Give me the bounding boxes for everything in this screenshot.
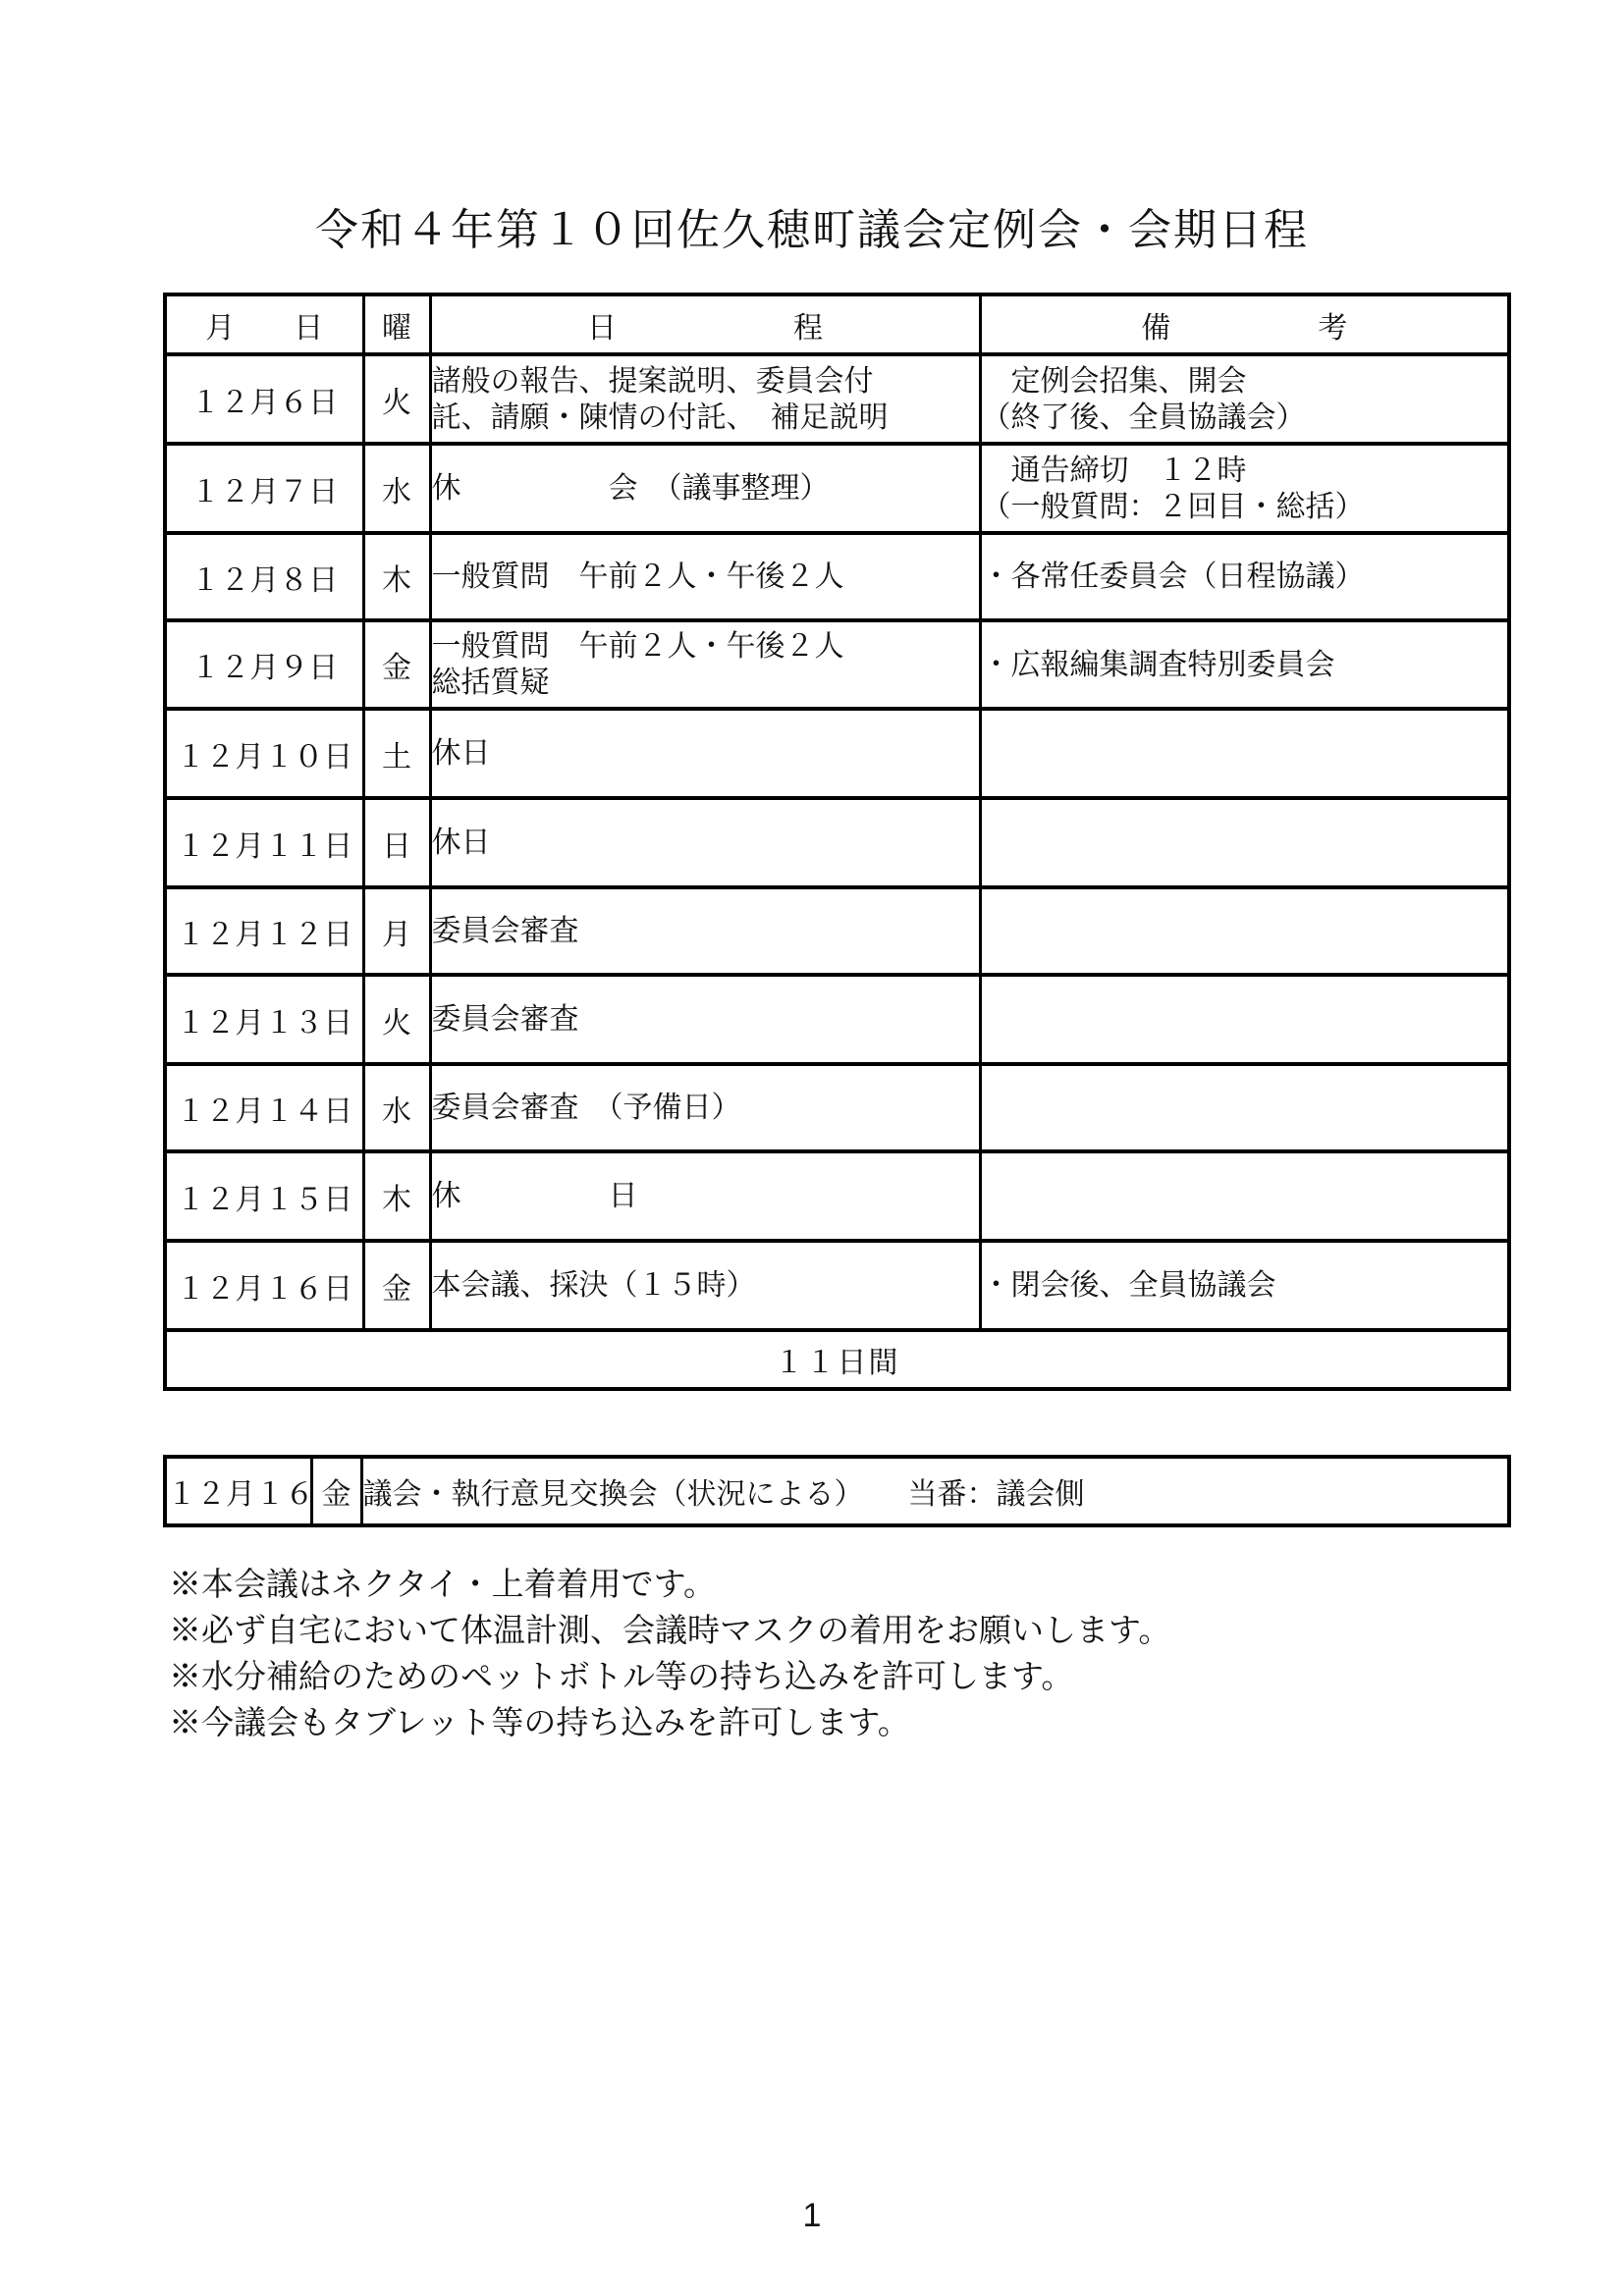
remarks-cell [980, 798, 1509, 887]
weekday-cell: 日 [363, 798, 430, 887]
date-cell: １２月６日 [165, 354, 363, 444]
table-row: １２月１５日 木 休 日 [165, 1151, 1509, 1241]
header-cell-agenda: 日 程 [430, 294, 980, 354]
weekday-cell: 金 [311, 1457, 361, 1525]
weekday-cell: 土 [363, 709, 430, 798]
duration-cell: １１日間 [165, 1330, 1509, 1389]
note-line: ※水分補給のためのペットボトル等の持ち込みを許可します。 [169, 1661, 1465, 1694]
page-number: 1 [0, 2197, 1624, 2235]
agenda-cell: 委員会審査 （予備日） [430, 1064, 980, 1151]
notes-block: ※本会議はネクタイ・上着着用です。 ※必ず自宅において体温計測、会議時マスクの着… [169, 1569, 1465, 1753]
table-row: １２月１６日 金 本会議、採決（１５時） ・閉会後、全員協議会 [165, 1241, 1509, 1330]
date-cell: １２月１６日 [165, 1241, 363, 1330]
exchange-row: １２月１６日 金 議会・執行意見交換会（状況による） 当番：議会側 [165, 1457, 1509, 1525]
agenda-cell: 休日 [430, 709, 980, 798]
schedule-header-row: 月 日 曜 日 程 備 考 [165, 294, 1509, 354]
remarks-cell: 通告締切 １２時 （一般質問：２回目・総括） [980, 444, 1509, 533]
schedule-table: 月 日 曜 日 程 備 考 １２月６日 火 諸般の報告、提案説明、委員会付 託、… [163, 293, 1511, 1391]
table-row: １２月７日 水 休 会 （議事整理） 通告締切 １２時 （一般質問：２回目・総括… [165, 444, 1509, 533]
weekday-cell: 水 [363, 444, 430, 533]
remarks-cell [980, 1151, 1509, 1241]
date-cell: １２月７日 [165, 444, 363, 533]
header-cell-date: 月 日 [165, 294, 363, 354]
weekday-cell: 月 [363, 887, 430, 975]
agenda-cell: 休 日 [430, 1151, 980, 1241]
remarks-cell [980, 975, 1509, 1064]
note-line: ※必ず自宅において体温計測、会議時マスクの着用をお願いします。 [169, 1615, 1465, 1648]
weekday-cell: 火 [363, 975, 430, 1064]
table-row: １２月１２日 月 委員会審査 [165, 887, 1509, 975]
date-cell: １２月１０日 [165, 709, 363, 798]
weekday-cell: 水 [363, 1064, 430, 1151]
date-cell: １２月１４日 [165, 1064, 363, 1151]
exchange-table: １２月１６日 金 議会・執行意見交換会（状況による） 当番：議会側 [163, 1455, 1511, 1527]
date-cell: １２月１３日 [165, 975, 363, 1064]
table-row: １２月１１日 日 休日 [165, 798, 1509, 887]
date-cell: １２月１５日 [165, 1151, 363, 1241]
remarks-cell: 定例会招集、開会 （終了後、全員協議会） [980, 354, 1509, 444]
table-row: １２月８日 木 一般質問 午前２人・午後２人 ・各常任委員会（日程協議） [165, 533, 1509, 620]
weekday-cell: 木 [363, 533, 430, 620]
table-row: １２月６日 火 諸般の報告、提案説明、委員会付 託、請願・陳情の付託、 補足説明… [165, 354, 1509, 444]
remarks-cell: ・閉会後、全員協議会 [980, 1241, 1509, 1330]
agenda-cell: 本会議、採決（１５時） [430, 1241, 980, 1330]
document-page: 令和４年第１０回佐久穂町議会定例会・会期日程 月 日 曜 日 程 備 考 １２月… [0, 0, 1624, 2296]
weekday-cell: 金 [363, 1241, 430, 1330]
note-line: ※今議会もタブレット等の持ち込みを許可します。 [169, 1707, 1465, 1740]
date-cell: １２月８日 [165, 533, 363, 620]
table-row: １２月９日 金 一般質問 午前２人・午後２人 総括質疑 ・広報編集調査特別委員会 [165, 620, 1509, 709]
header-cell-weekday: 曜 [363, 294, 430, 354]
duration-row: １１日間 [165, 1330, 1509, 1389]
date-cell: １２月１１日 [165, 798, 363, 887]
agenda-cell: 一般質問 午前２人・午後２人 [430, 533, 980, 620]
weekday-cell: 木 [363, 1151, 430, 1241]
agenda-cell: 一般質問 午前２人・午後２人 総括質疑 [430, 620, 980, 709]
remarks-cell [980, 709, 1509, 798]
note-line: ※本会議はネクタイ・上着着用です。 [169, 1569, 1465, 1602]
document-title: 令和４年第１０回佐久穂町議会定例会・会期日程 [0, 194, 1624, 257]
header-cell-remarks: 備 考 [980, 294, 1509, 354]
agenda-cell: 休 会 （議事整理） [430, 444, 980, 533]
table-row: １２月１３日 火 委員会審査 [165, 975, 1509, 1064]
table-row: １２月１０日 土 休日 [165, 709, 1509, 798]
remarks-cell: ・広報編集調査特別委員会 [980, 620, 1509, 709]
exchange-content-cell: 議会・執行意見交換会（状況による） 当番：議会側 [361, 1457, 1509, 1525]
agenda-cell: 委員会審査 [430, 887, 980, 975]
date-cell: １２月１２日 [165, 887, 363, 975]
table-row: １２月１４日 水 委員会審査 （予備日） [165, 1064, 1509, 1151]
date-cell: １２月１６日 [165, 1457, 311, 1525]
agenda-cell: 委員会審査 [430, 975, 980, 1064]
remarks-cell [980, 1064, 1509, 1151]
date-cell: １２月９日 [165, 620, 363, 709]
agenda-cell: 休日 [430, 798, 980, 887]
remarks-cell: ・各常任委員会（日程協議） [980, 533, 1509, 620]
weekday-cell: 火 [363, 354, 430, 444]
agenda-cell: 諸般の報告、提案説明、委員会付 託、請願・陳情の付託、 補足説明 [430, 354, 980, 444]
remarks-cell [980, 887, 1509, 975]
weekday-cell: 金 [363, 620, 430, 709]
